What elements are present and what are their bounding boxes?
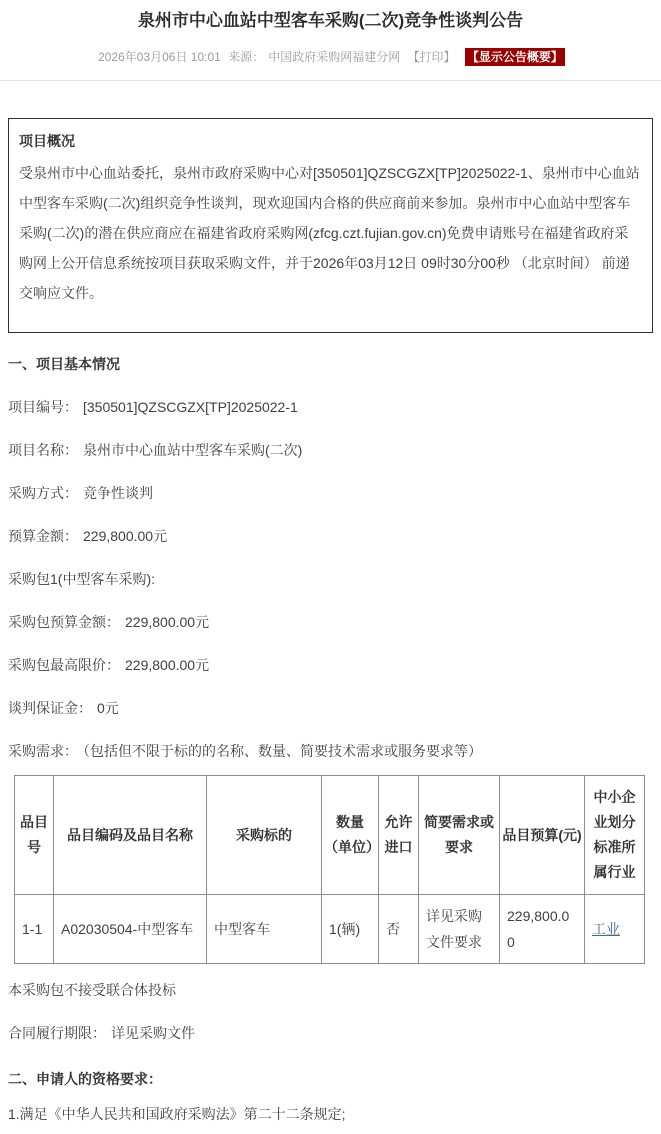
section-basic-info-heading: 一、项目基本情况 [8, 354, 653, 374]
field-label: 采购包1(中型客车采购): [8, 571, 155, 587]
table-header-row: 品目号 品目编码及品目名称 采购标的 数量（单位） 允许进口 简要需求或要求 品… [15, 776, 645, 895]
cell-quantity-unit: 1(辆) [322, 895, 379, 964]
field-negotiation-deposit: 谈判保证金：0元 [8, 699, 653, 718]
section-qualification-heading: 二、申请人的资格要求： [8, 1069, 653, 1089]
field-contract-period: 合同履行期限：详见采购文件 [8, 1024, 653, 1043]
col-header-sme-industry: 中小企业划分标准所属行业 [585, 776, 645, 895]
no-consortium-note: 本采购包不接受联合体投标 [8, 981, 653, 1000]
col-header-import-allowed: 允许进口 [379, 776, 419, 895]
page-title: 泉州市中心血站中型客车采购(二次)竞争性谈判公告 [8, 0, 653, 32]
field-project-name: 项目名称：泉州市中心血站中型客车采购(二次) [8, 441, 653, 460]
publish-datetime: 2026年03月06日 10:01 [98, 50, 221, 64]
procurement-items-table: 品目号 品目编码及品目名称 采购标的 数量（单位） 允许进口 简要需求或要求 品… [14, 775, 645, 964]
project-overview-box: 项目概况 受泉州市中心血站委托，泉州市政府采购中心对[350501]QZSCGZ… [8, 118, 653, 333]
meta-line: 2026年03月06日 10:01 来源：中国政府采购网福建分网 【打印】 【显… [8, 48, 653, 66]
field-package-1: 采购包1(中型客车采购): [8, 570, 653, 589]
field-label: 合同履行期限： [8, 1025, 106, 1041]
field-value: 229,800.00元 [125, 657, 209, 673]
field-label: 采购需求： [8, 743, 78, 759]
field-label: 采购包预算金额： [8, 614, 120, 630]
col-header-item-code-name: 品目编码及品目名称 [54, 776, 207, 895]
col-header-quantity-unit: 数量（单位） [322, 776, 379, 895]
col-header-procurement-target: 采购标的 [207, 776, 322, 895]
field-budget-amount: 预算金额：229,800.00元 [8, 527, 653, 546]
announcement-page: 泉州市中心血站中型客车采购(二次)竞争性谈判公告 2026年03月06日 10:… [0, 0, 661, 1134]
field-project-number: 项目编号：[350501]QZSCGZX[TP]2025022-1 [8, 398, 653, 417]
field-label: 采购方式： [8, 485, 78, 501]
cell-item-code-name: A02030504-中型客车 [54, 895, 207, 964]
qualification-item-1: 1.满足《中华人民共和国政府采购法》第二十二条规定; [8, 1105, 653, 1124]
overview-body: 受泉州市中心血站委托，泉州市政府采购中心对[350501]QZSCGZX[TP]… [19, 158, 642, 308]
cell-item-no: 1-1 [15, 895, 54, 964]
show-summary-button[interactable]: 【显示公告概要】 [465, 48, 565, 66]
field-value: 泉州市中心血站中型客车采购(二次) [83, 442, 302, 458]
cell-procurement-target: 中型客车 [207, 895, 322, 964]
field-value: 229,800.00元 [125, 614, 209, 630]
field-label: 谈判保证金： [8, 700, 92, 716]
source-label: 来源： [228, 50, 264, 64]
field-value: （包括但不限于标的的名称、数量、简要技术需求或服务要求等） [83, 743, 482, 759]
field-label: 预算金额： [8, 528, 78, 544]
col-header-item-budget: 品目预算(元) [500, 776, 585, 895]
field-value: [350501]QZSCGZX[TP]2025022-1 [83, 399, 298, 415]
cell-import-allowed: 否 [379, 895, 419, 964]
field-label: 项目名称： [8, 442, 78, 458]
field-value: 详见采购文件 [111, 1025, 195, 1041]
cell-brief-requirements: 详见采购文件要求 [419, 895, 500, 964]
field-package-max-price: 采购包最高限价：229,800.00元 [8, 656, 653, 675]
field-value: 竞争性谈判 [83, 485, 153, 501]
print-button[interactable]: 【打印】 [408, 50, 456, 64]
field-label: 项目编号： [8, 399, 78, 415]
field-label: 采购包最高限价： [8, 657, 120, 673]
cell-sme-industry: 工业 [585, 895, 645, 964]
overview-heading: 项目概况 [19, 131, 642, 151]
field-procurement-method: 采购方式：竞争性谈判 [8, 484, 653, 503]
col-header-brief-requirements: 简要需求或要求 [419, 776, 500, 895]
source-name: 中国政府采购网福建分网 [268, 50, 400, 64]
field-value: 229,800.00元 [83, 528, 167, 544]
cell-item-budget: 229,800.00 [500, 895, 585, 964]
header-divider [0, 80, 661, 81]
field-package-budget: 采购包预算金额：229,800.00元 [8, 613, 653, 632]
industry-link[interactable]: 工业 [592, 921, 620, 937]
field-procurement-demand: 采购需求：（包括但不限于标的的名称、数量、简要技术需求或服务要求等） [8, 742, 653, 761]
table-row: 1-1 A02030504-中型客车 中型客车 1(辆) 否 详见采购文件要求 … [15, 895, 645, 964]
col-header-item-no: 品目号 [15, 776, 54, 895]
field-value: 0元 [97, 700, 119, 716]
